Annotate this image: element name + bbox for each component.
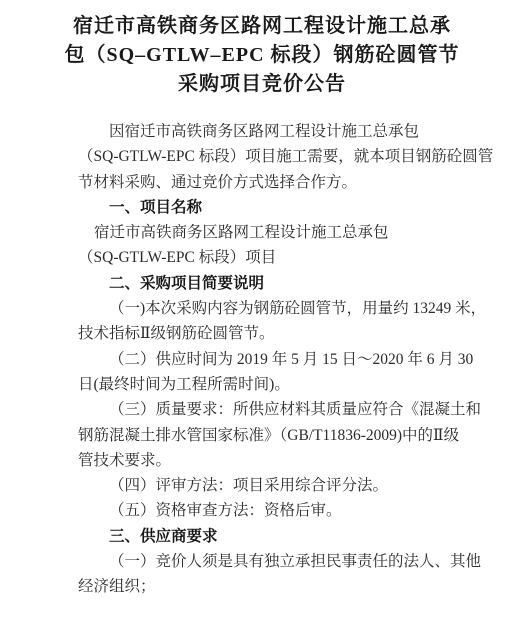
body-text-line: 节材料采购、通过竞价方式选择合作方。: [78, 170, 466, 195]
body-text-line: 因宿迁市高铁商务区路网工程设计施工总承包: [78, 119, 466, 144]
title-line: 包（SQ–GTLW–EPC 标段）钢筋砼圆管节: [0, 41, 524, 70]
section-heading: 二、采购项目简要说明: [78, 271, 466, 296]
section-heading: 三、供应商要求: [78, 524, 466, 549]
body-text-line: （五）资格审查方法：资格后审。: [78, 498, 466, 523]
title-line: 采购项目竞价公告: [0, 70, 524, 99]
document-body: 因宿迁市高铁商务区路网工程设计施工总承包（SQ-GTLW-EPC 标段）项目施工…: [78, 119, 466, 600]
body-text-line: （三）质量要求：所供应材料其质量应符合《混凝土和: [78, 397, 466, 422]
body-text-line: 钢筋混凝土排水管国家标准》（GB/T11836-2009)中的Ⅱ级: [78, 423, 466, 448]
body-text-line: 宿迁市高铁商务区路网工程设计施工总承包: [78, 220, 466, 245]
body-text-line: 经济组织；: [78, 574, 466, 599]
body-text-line: （SQ-GTLW-EPC 标段）项目: [78, 245, 466, 270]
body-text-line: 管技术要求。: [78, 448, 466, 473]
title-line: 宿迁市高铁商务区路网工程设计施工总承: [0, 12, 524, 41]
body-text-line: 技术指标Ⅱ级钢筋砼圆管节。: [78, 321, 466, 346]
body-text-line: （四）评审方法：项目采用综合评分法。: [78, 473, 466, 498]
body-text-line: （一）竞价人须是具有独立承担民事责任的法人、其他: [78, 549, 466, 574]
body-text-line: （二）供应时间为 2019 年 5 月 15 日～2020 年 6 月 30: [78, 347, 466, 372]
body-text-line: （一)本次采购内容为钢筋砼圆管节，用量约 13249 米，: [78, 296, 466, 321]
section-heading: 一、项目名称: [78, 195, 466, 220]
body-text-line: 日(最终时间为工程所需时间)。: [78, 372, 466, 397]
body-text-line: （SQ-GTLW-EPC 标段）项目施工需要，就本项目钢筋砼圆管: [78, 144, 466, 169]
document-title: 宿迁市高铁商务区路网工程设计施工总承包（SQ–GTLW–EPC 标段）钢筋砼圆管…: [0, 0, 524, 99]
announcement-document: 宿迁市高铁商务区路网工程设计施工总承包（SQ–GTLW–EPC 标段）钢筋砼圆管…: [0, 0, 524, 633]
